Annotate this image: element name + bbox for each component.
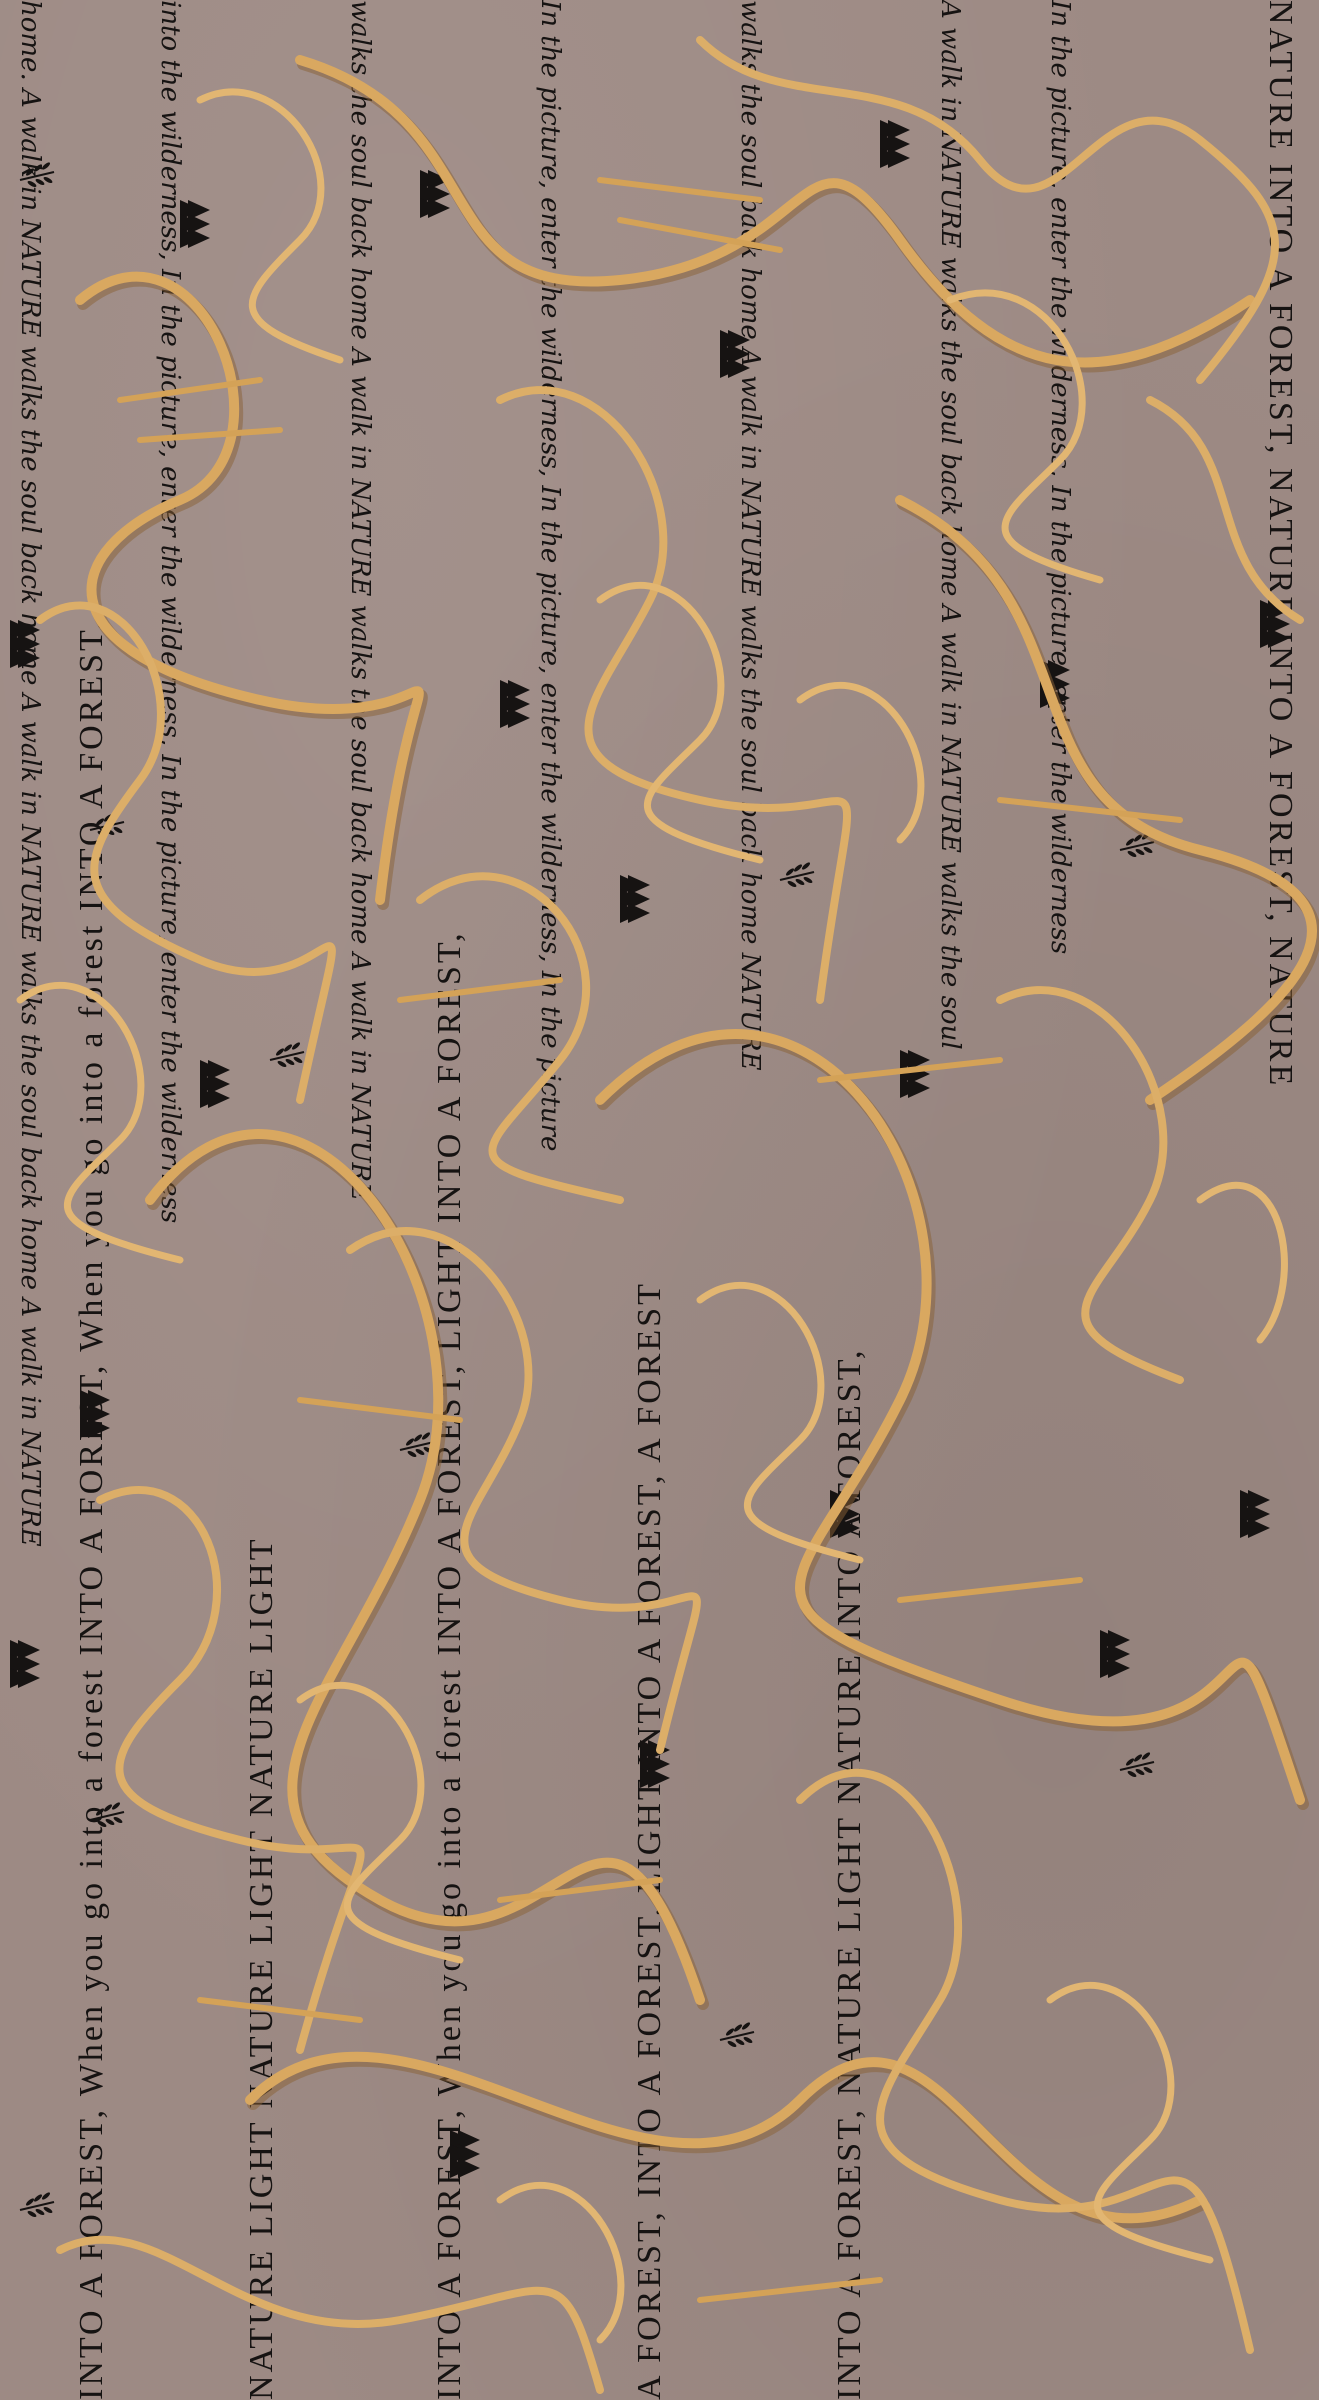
photo-noodles-on-fabric: home. A walk in NATURE walks the soul ba… <box>0 0 1319 2400</box>
noodle-strands <box>0 0 1319 2400</box>
